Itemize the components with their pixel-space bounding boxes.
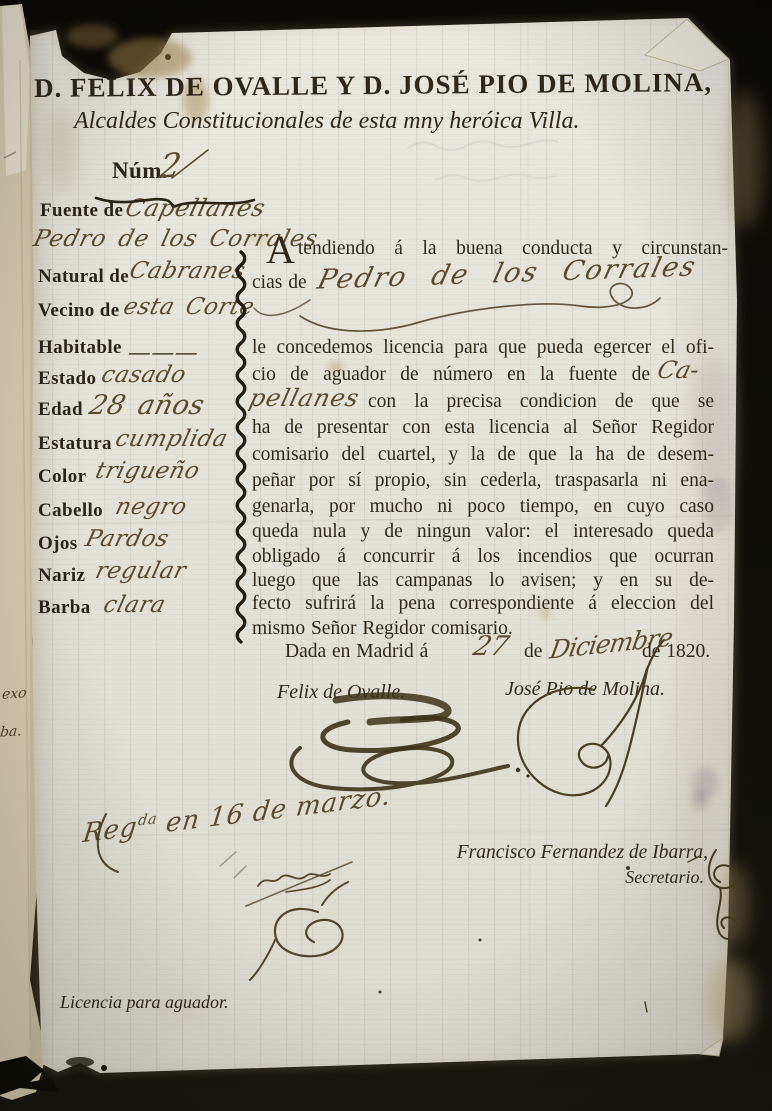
field-value-barba: clara xyxy=(101,592,169,618)
document-title: D. FELIX DE OVALLE Y D. JOSÉ PIO DE MOLI… xyxy=(34,67,712,104)
field-value-estatura: cumplida xyxy=(113,426,231,452)
body-line-8: peñar por sí propio, sin cederla, traspa… xyxy=(252,470,714,492)
body-line-5: con la precisa condicion de que se xyxy=(368,391,714,413)
fuente-inline-part2: pellanes xyxy=(247,384,363,412)
date-prefix: Dada en Madrid á xyxy=(285,641,428,663)
secretary-title: Secretario. xyxy=(430,867,708,888)
field-value-color: trigueño xyxy=(93,458,203,484)
registration-note: Regda en 16 de marzo. xyxy=(81,781,393,850)
field-label-vecino: Vecino de xyxy=(38,300,120,322)
body-line-3: le concedemos licencia para que pueda eg… xyxy=(252,337,714,359)
field-value-estado: casado xyxy=(99,362,189,388)
number-value: 2 xyxy=(157,145,184,187)
torn-edges xyxy=(0,1056,107,1095)
field-value-fuente: Capellanes xyxy=(123,194,269,222)
field-label-cabello: Cabello xyxy=(38,500,103,522)
felix-rubric xyxy=(291,696,529,790)
secretary-name: Francisco Fernandez de Ibarra, xyxy=(430,842,708,864)
field-label-edad: Edad xyxy=(38,399,83,421)
field-label-natural: Natural de xyxy=(38,266,129,288)
date-day: 27 xyxy=(470,631,512,662)
scanned-document: D. FELIX DE OVALLE Y D. JOSÉ PIO DE MOLI… xyxy=(0,0,772,1111)
signature-name-left: Felix de Ovalle. xyxy=(277,681,405,704)
body-line-13: fecto sufrirá la pena correspondiente á … xyxy=(252,593,714,615)
body-line-9: genarla, por mucho ni poco tiempo, en cu… xyxy=(252,496,714,518)
field-value-nariz: regular xyxy=(93,558,189,584)
field-value-cabello: negro xyxy=(113,494,190,520)
date-de: de xyxy=(524,641,542,663)
registration-prefix: Reg xyxy=(81,812,139,849)
field-label-estado: Estado xyxy=(38,368,96,390)
body-line-12: luego que las campanas lo avisen; y en s… xyxy=(252,570,714,592)
field-label-barba: Barba xyxy=(38,597,91,619)
field-value-vecino: esta Corte xyxy=(121,294,257,320)
registration-rest: en 16 de marzo. xyxy=(155,781,393,840)
field-value-edad: 28 años xyxy=(86,390,208,421)
margin-fragment-1: exo xyxy=(1,685,27,703)
field-label-fuente: Fuente de xyxy=(40,200,123,222)
nota-scribble xyxy=(250,874,348,980)
body-line-6: ha de presentar con esta licencia al Señ… xyxy=(252,417,714,439)
signature-name-right: José Pio de Molina. xyxy=(505,678,665,701)
fuente-inline-part1: Ca- xyxy=(655,356,703,384)
name-swash-tail xyxy=(254,300,310,315)
field-label-estatura: Estatura xyxy=(38,433,112,455)
footer-docket: Licencia para aguador. xyxy=(60,992,229,1013)
body-line-11: obligado á concurrir á los incendios que… xyxy=(252,546,714,568)
field-value-natural: Cabranes xyxy=(127,258,248,284)
document-subtitle: Alcaldes Constitucionales de esta mny he… xyxy=(74,108,579,135)
field-label-habitable: Habitable xyxy=(38,337,122,359)
body-line-10: queda nula y de ningun valor: el interes… xyxy=(252,521,714,543)
body-line-2: cias de xyxy=(252,272,307,294)
body-line-4: cio de aguador de número en la fuente de xyxy=(252,364,650,386)
field-label-ojos: Ojos xyxy=(38,533,78,555)
date-suffix: de 1820. xyxy=(642,641,710,663)
ghost-writing xyxy=(408,140,558,181)
dropcap-A: A xyxy=(266,234,295,266)
field-label-color: Color xyxy=(38,466,86,488)
margin-fragment-2: ba. xyxy=(0,723,23,741)
secretary-block: Francisco Fernandez de Ibarra, Secretari… xyxy=(430,842,708,888)
field-label-nariz: Nariz xyxy=(38,565,85,587)
body-line-14: mismo Señor Regidor comisario. xyxy=(252,618,513,640)
secretario-rubric xyxy=(709,850,738,939)
molina-rubric xyxy=(518,640,664,806)
field-value-ojos: Pardos xyxy=(83,526,172,552)
body-line-7: comisario del cuartel, y la de que la ha… xyxy=(252,444,714,466)
